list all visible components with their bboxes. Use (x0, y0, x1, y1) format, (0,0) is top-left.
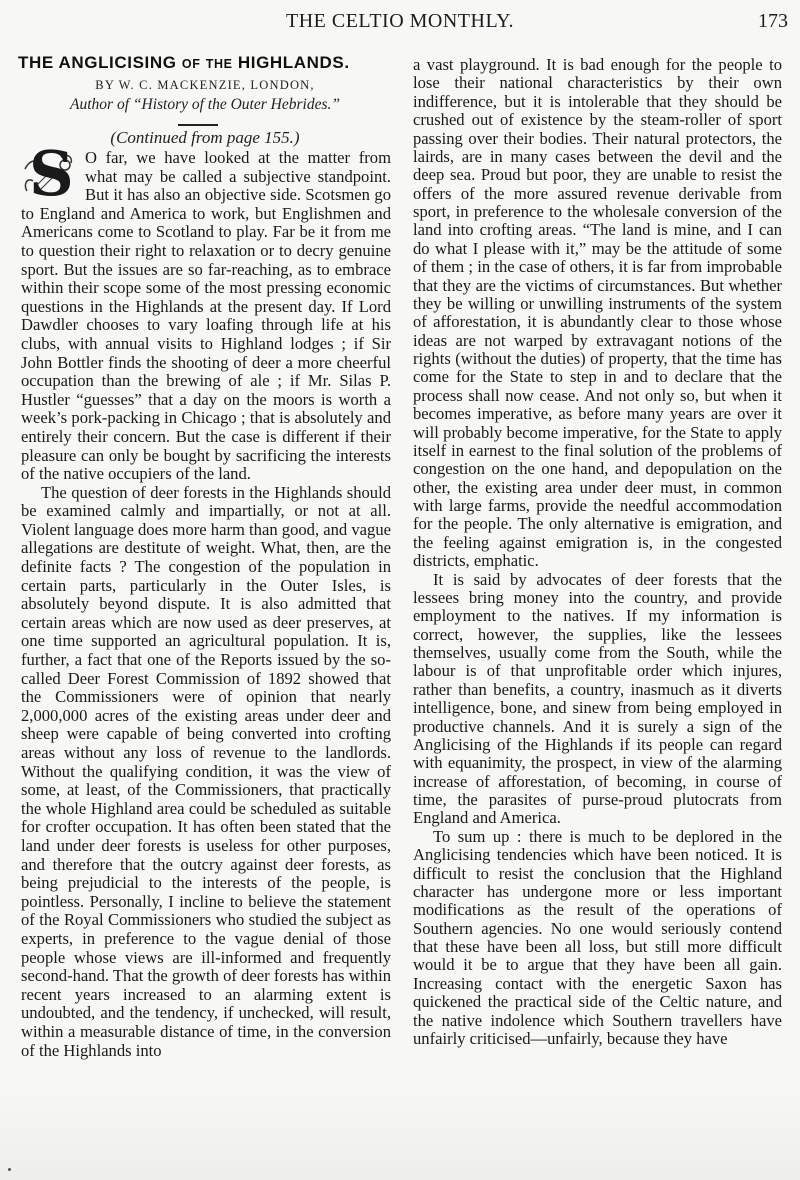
magazine-page: THE CELTIO MONTHLY. 173 THE ANGLICISING … (0, 0, 800, 1180)
byline: BY W. C. MACKENZIE, LONDON, (0, 78, 410, 93)
title-part-1: THE ANGLICISING (18, 53, 177, 72)
paragraph: To sum up : there is much to be deplored… (413, 828, 782, 1049)
author-credit: Author of “History of the Outer Hebrides… (0, 96, 410, 114)
decorative-drop-cap-icon: S (21, 151, 79, 203)
right-column: a vast playground. It is bad enough for … (413, 56, 782, 1048)
title-the: THE (206, 57, 233, 71)
paragraph: The question of deer forests in the High… (21, 484, 391, 1060)
drop-cap-letter: S (29, 143, 74, 205)
title-of: OF (182, 57, 201, 71)
title-rule-divider (178, 124, 218, 126)
paragraph: S O far, we have looked at the matter fr… (21, 149, 391, 484)
paragraph: a vast playground. It is bad enough for … (413, 56, 782, 571)
running-header: THE CELTIO MONTHLY. 173 (0, 8, 800, 32)
magazine-title: THE CELTIO MONTHLY. (286, 10, 514, 33)
paragraph: It is said by advocates of deer forests … (413, 571, 782, 828)
scan-speck (8, 1168, 11, 1171)
title-part-2: HIGHLANDS. (238, 53, 350, 72)
page-number: 173 (758, 10, 788, 33)
left-column: S O far, we have looked at the matter fr… (21, 149, 391, 1060)
article-title: THE ANGLICISING OF THE HIGHLANDS. (18, 53, 396, 73)
